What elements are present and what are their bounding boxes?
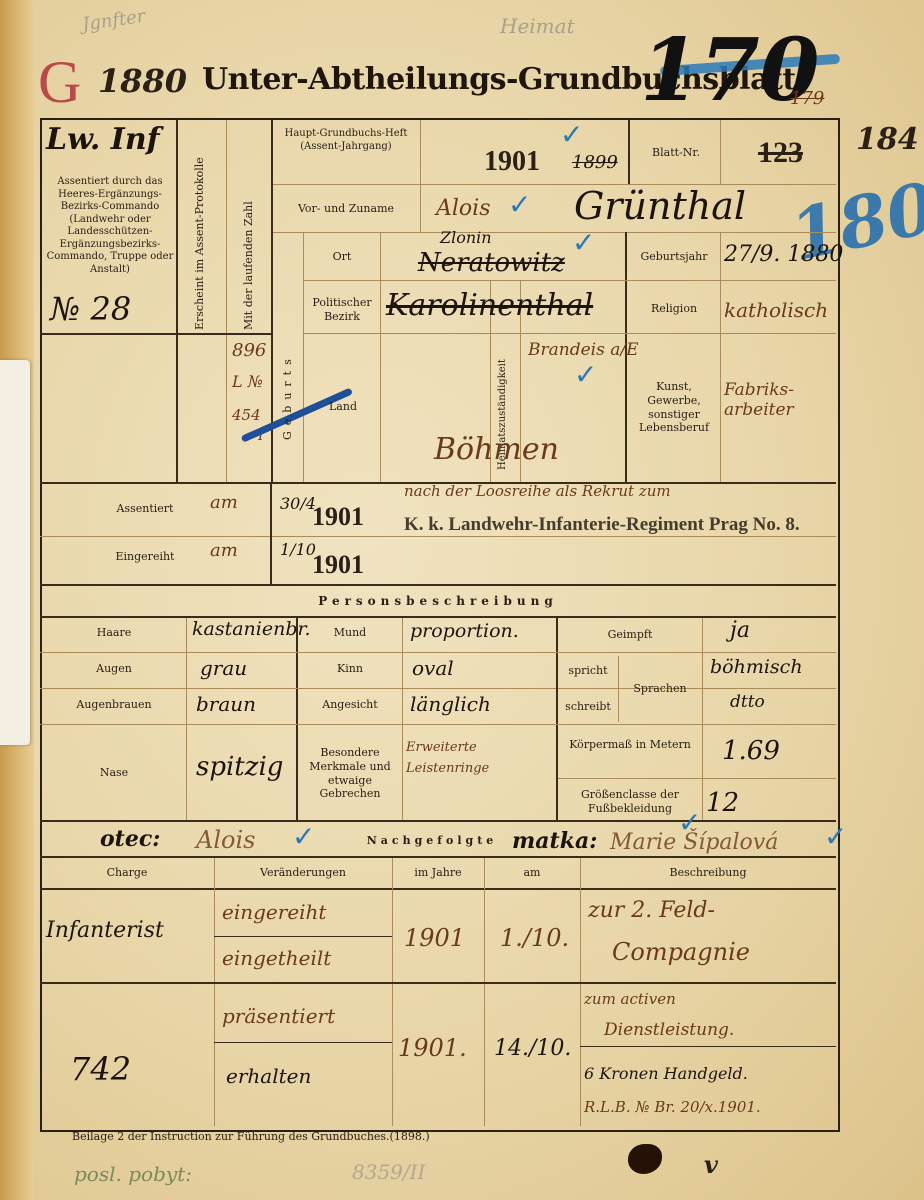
row2-description-1: zum activen — [584, 990, 676, 1008]
col-header-charge: Charge — [40, 866, 214, 880]
speaks-label: spricht — [560, 664, 616, 678]
crossed-sheet-number: 179 — [790, 88, 824, 109]
protocol-value-1: 896 — [232, 340, 266, 361]
check-icon: ✓ — [560, 118, 583, 151]
col-header-changes: Veränderungen — [214, 866, 392, 880]
pencil-note: posl. pobyt: — [74, 1162, 192, 1186]
district-struck: Karolinenthal — [386, 288, 593, 323]
country-label: Land — [318, 400, 368, 414]
pencil-number: 8359/II — [352, 1160, 425, 1184]
eingereiht-year: 1901 — [312, 550, 364, 580]
row2-description-3: 6 Kronen Handgeld. — [584, 1064, 748, 1083]
name-label: Vor- und Zuname — [276, 202, 416, 216]
speaks-value: böhmisch — [710, 656, 803, 678]
description-section-title: Personsbeschreibung — [40, 594, 836, 609]
writes-value: dtto — [730, 692, 765, 712]
mouth-label: Mund — [300, 626, 400, 640]
place-above: Zlonin — [440, 228, 492, 247]
row1-year: 1901 — [404, 924, 465, 952]
main-book-struck: 1899 — [572, 152, 618, 173]
red-stamp-letter: G — [38, 48, 81, 117]
languages-label: Sprachen — [620, 682, 700, 696]
row2-description-2: Dienstleistung. — [604, 1020, 734, 1040]
occupation-label: Kunst, Gewerbe, sonstiger Lebensberuf — [630, 380, 718, 435]
row1-charge: Infanterist — [46, 918, 164, 943]
birth-year-note: 1880 — [98, 62, 187, 100]
check-icon: ✓ — [292, 820, 315, 853]
assentiert-label: Assentiert — [100, 502, 190, 516]
ink-mark: v — [704, 1150, 718, 1179]
check-icon: ✓ — [824, 820, 847, 853]
first-name: Alois — [436, 196, 491, 221]
row2-year: 1901. — [398, 1034, 467, 1062]
district-label: Politischer Bezirk — [306, 296, 378, 324]
assentiert-note: nach der Loosreihe als Rekrut zum — [404, 482, 671, 500]
hair-label: Haare — [44, 626, 184, 640]
eingereiht-am: am — [210, 540, 238, 561]
main-book-value: 1901 — [484, 146, 540, 178]
col-header-year: im Jahre — [392, 866, 484, 880]
eingereiht-label: Eingereiht — [100, 550, 190, 564]
row1-date: 1./10. — [500, 924, 569, 952]
paper-tab-strip — [0, 360, 30, 745]
form-note: Beilage 2 der Instruction zur Führung de… — [72, 1130, 430, 1143]
face-label: Angesicht — [300, 698, 400, 712]
pencil-note-right: Heimat — [500, 14, 575, 38]
row1-change-1: eingereiht — [222, 900, 326, 924]
pencil-note-left: Jgnfter — [81, 6, 147, 36]
assentiert-am: am — [210, 492, 238, 513]
chin-label: Kinn — [300, 662, 400, 676]
row1-description-2: Compagnie — [612, 938, 750, 966]
main-book-label: Haupt-Grundbuchs-Heft (Assent-Jahrgang) — [276, 128, 416, 153]
marks-label: Besondere Merkmale und etwaige Gebrechen — [298, 746, 402, 801]
unit-handwritten: Lw. Inf — [46, 122, 160, 157]
sheet-no-value: 123 — [758, 136, 803, 170]
row2-change-2: erhalten — [226, 1064, 311, 1088]
birth-label: Geburts — [281, 320, 294, 440]
col-header-description: Beschreibung — [580, 866, 836, 880]
birth-date-value: 27/9. 1880 — [724, 242, 843, 267]
domicile-value: Brandeis a/E — [528, 340, 638, 360]
eyebrows-value: braun — [196, 692, 256, 716]
protocol-column-label: Erscheint im Assent-Protokolle — [193, 150, 206, 330]
row1-description-1: zur 2. Feld- — [588, 898, 715, 923]
shoe-value: 12 — [706, 788, 739, 818]
country-value: Böhmen — [434, 432, 559, 467]
writes-label: schreibt — [560, 700, 616, 714]
check-icon: ✓ — [572, 226, 595, 259]
protocol-value-2: L № — [232, 372, 263, 391]
serial-column-label: Mit der laufenden Zahl — [242, 180, 255, 330]
vaccinated-label: Geimpft — [560, 628, 700, 642]
eyebrows-label: Augenbrauen — [44, 698, 184, 712]
assentiert-year: 1901 — [312, 502, 364, 532]
mouth-value: proportion. — [410, 620, 519, 642]
section-label: Nachgefolgte — [352, 834, 512, 848]
birth-year-label: Geburtsjahr — [630, 250, 718, 264]
place-label: Ort — [306, 250, 378, 264]
row1-change-2: eingetheilt — [222, 946, 331, 970]
chin-value: oval — [412, 656, 454, 680]
ink-blot — [628, 1144, 662, 1174]
mother-name: Marie Šípalová — [610, 830, 778, 855]
nose-value: spitzig — [196, 752, 283, 782]
protocol-value-3: 454 — [232, 406, 261, 424]
row2-change-1: präsentiert — [222, 1004, 335, 1028]
side-number: 184 — [856, 122, 919, 157]
row2-date: 14./10. — [494, 1036, 571, 1061]
eyes-label: Augen — [44, 662, 184, 676]
religion-label: Religion — [630, 302, 718, 316]
regiment-stamp: K. k. Landwehr-Infanterie-Regiment Prag … — [404, 514, 800, 536]
occupation-value: Fabriks-arbeiter — [724, 380, 834, 420]
check-icon: ✓ — [574, 358, 597, 391]
nose-label: Nase — [44, 766, 184, 780]
row2-description-4: R.L.B. № Br. 20/x.1901. — [584, 1098, 761, 1116]
surname: Grünthal — [574, 184, 746, 228]
eingereiht-date: 1/10 — [280, 540, 316, 559]
row2-charge: 742 — [70, 1050, 131, 1088]
height-label: Körpermaß in Metern — [560, 738, 700, 752]
unit-number: № 28 — [50, 290, 131, 328]
place-struck: Neratowitz — [418, 248, 565, 278]
face-value: länglich — [410, 692, 491, 716]
assented-by-label: Assentiert durch das Heeres-Ergänzungs-B… — [46, 176, 174, 276]
hair-value: kastanienbr. — [192, 618, 311, 640]
father-name: Alois — [196, 826, 255, 854]
vaccinated-value: ja — [730, 618, 750, 643]
sheet-no-label: Blatt-Nr. — [634, 146, 718, 160]
mother-label: matka: — [512, 828, 597, 854]
eyes-value: grau — [200, 656, 247, 680]
col-header-date: am — [484, 866, 580, 880]
assentiert-date: 30/4 — [280, 494, 316, 513]
check-icon: ✓ — [508, 188, 531, 221]
height-value: 1.69 — [722, 736, 780, 766]
religion-value: katholisch — [724, 298, 828, 322]
father-label: otec: — [100, 826, 160, 852]
marks-value: Erweiterte Leistenringe — [406, 738, 546, 780]
